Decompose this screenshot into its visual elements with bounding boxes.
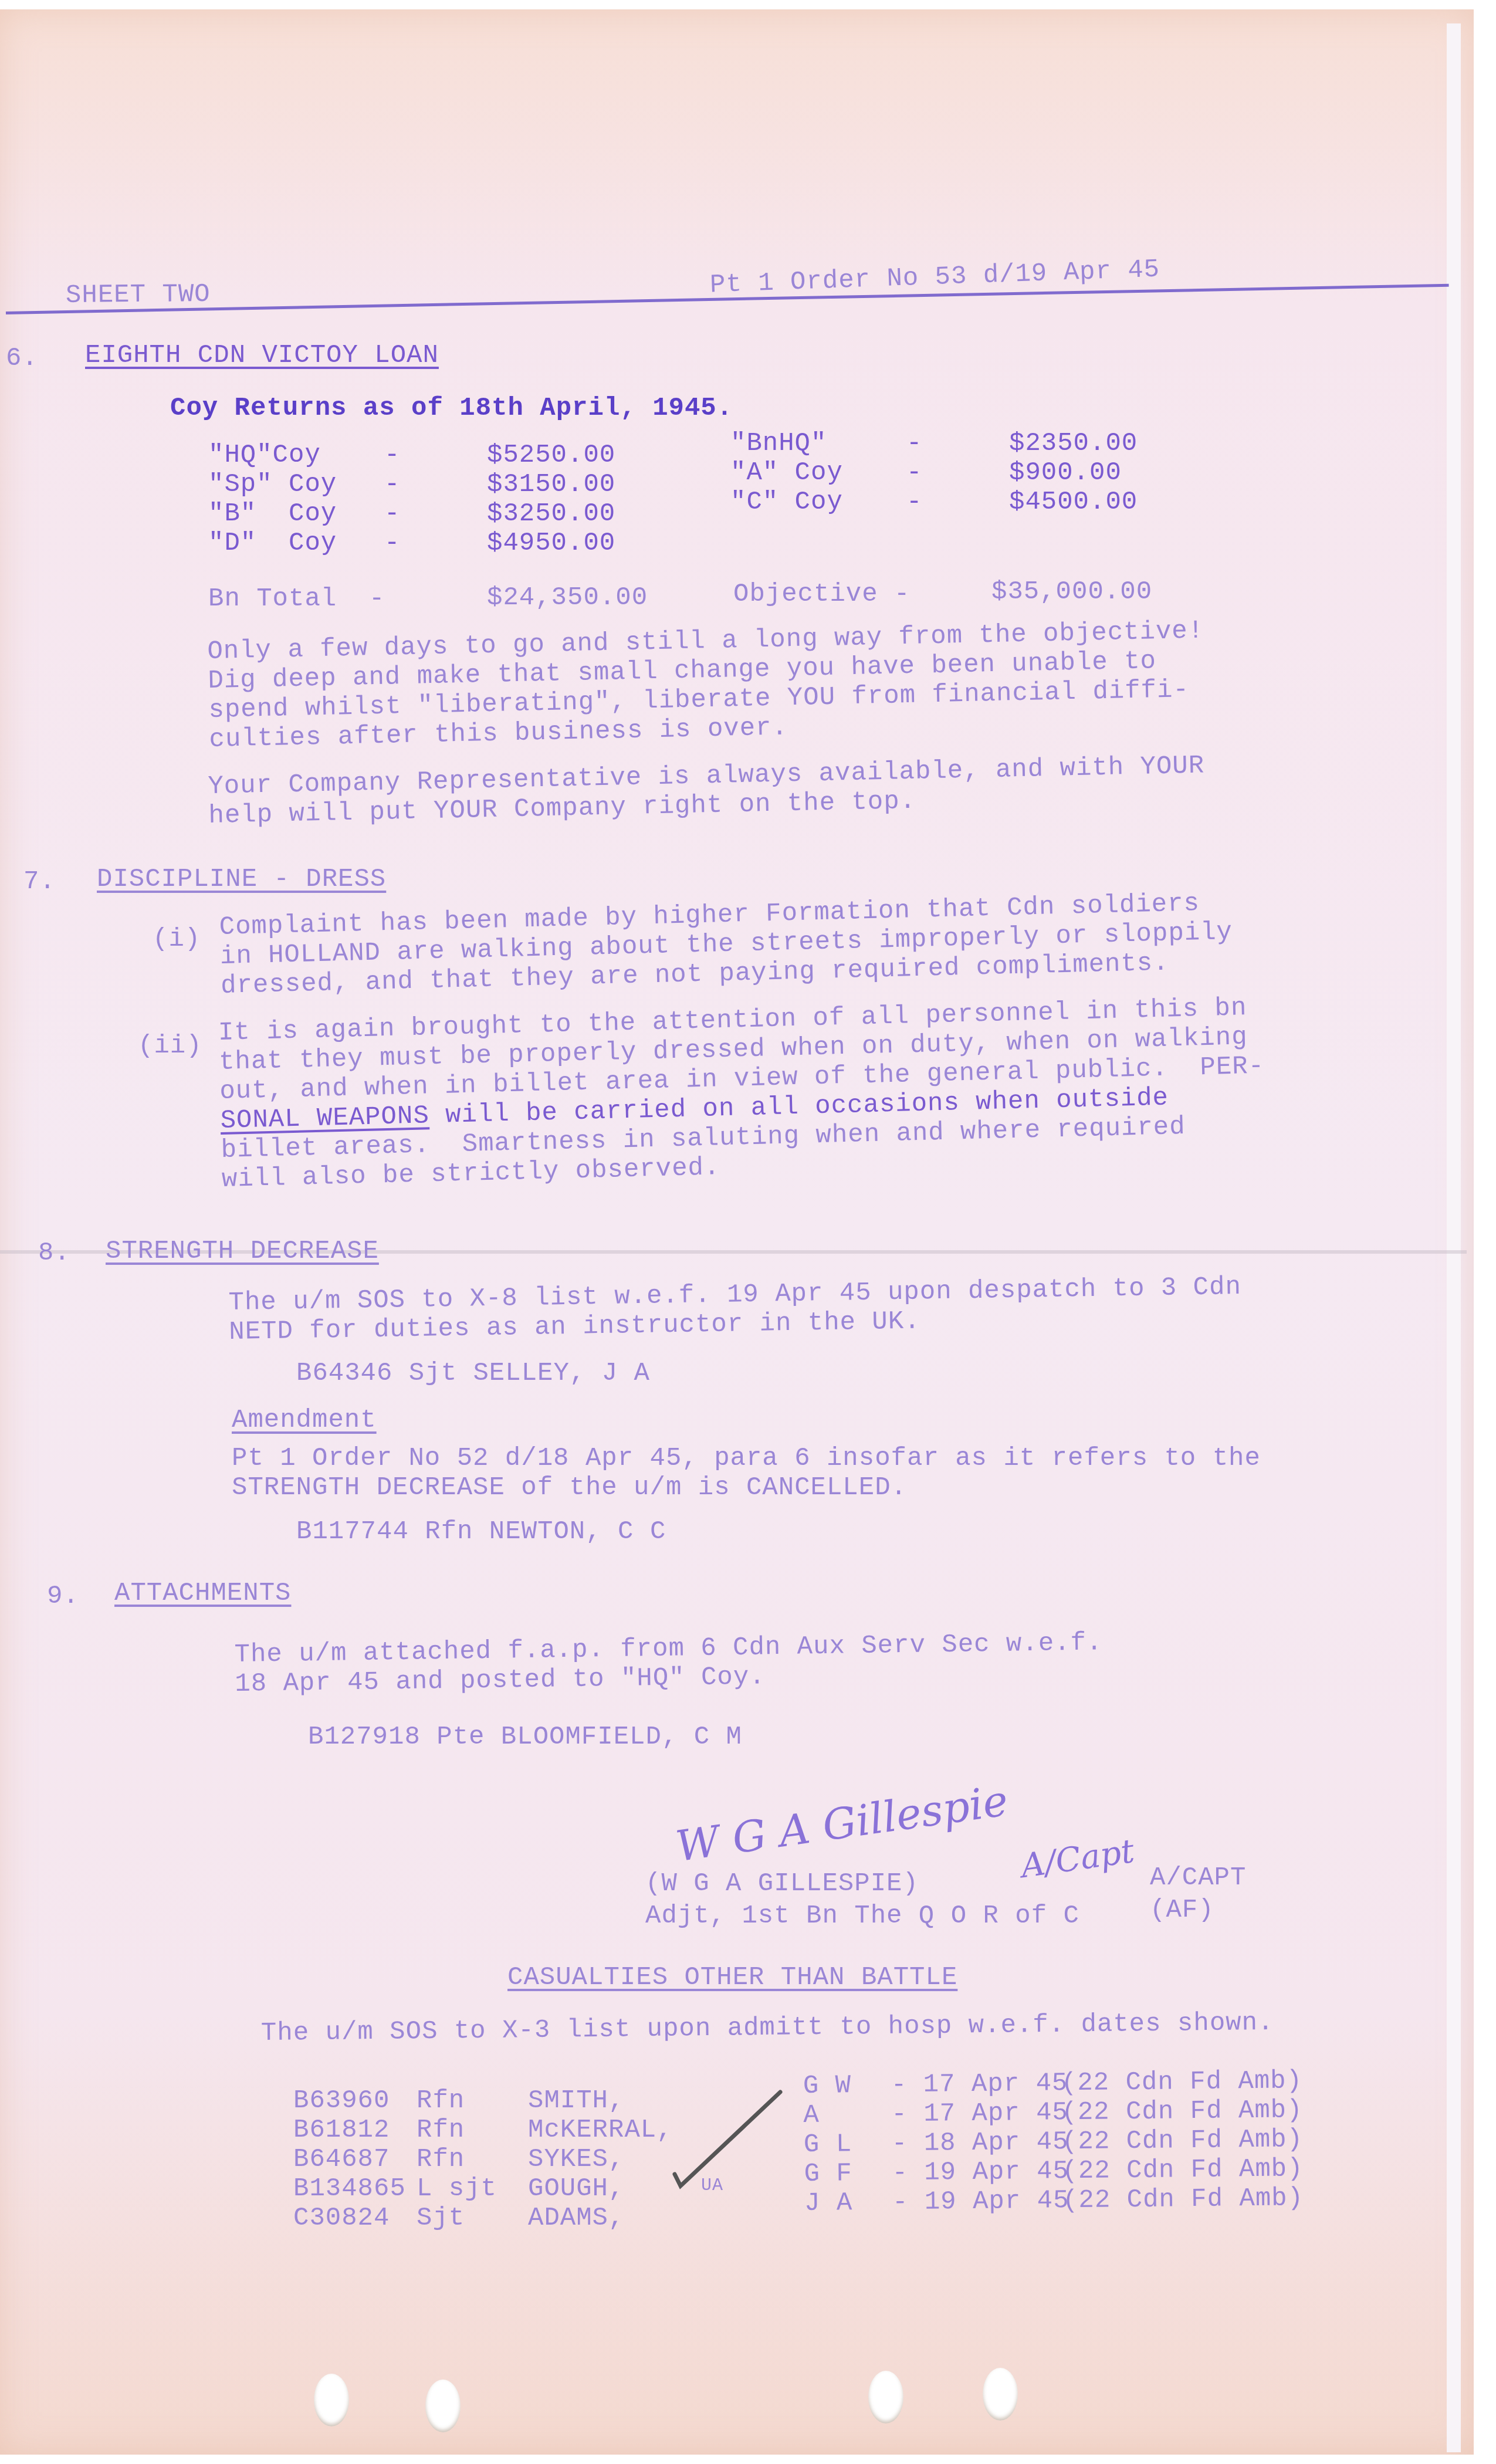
section-9-title: ATTACHMENTS [114,1579,291,1608]
coy-amount: $5250.00 [487,441,615,470]
document-page: SHEET TWO Pt 1 Order No 53 d/19 Apr 45 6… [0,9,1474,2455]
initials: J A [804,2188,853,2218]
scan-edge [1447,23,1461,2452]
service-number: B134865 [293,2174,406,2204]
casualty-detail-row: G W- 17 Apr 45(22 Cdn Fd Amb) [803,2072,804,2101]
admission-date: - 19 Apr 45 [892,2186,1069,2217]
coy-label: "D" Coy [208,529,337,558]
paragraph-line: STRENGTH DECREASE of the u/m is CANCELLE… [232,1473,1261,1502]
coy-label: "C" Coy [730,488,843,517]
surname: SMITH, [528,2086,624,2116]
admission-date: - 19 Apr 45 [892,2157,1069,2188]
casualties-intro: The u/m SOS to X-3 list upon admitt to h… [261,2008,1274,2048]
punch-hole [868,2371,903,2424]
bn-total-label: Bn Total - [208,584,385,614]
signatory-name: (W G A GILLESPIE) [645,1869,919,1898]
coy-amount: $4500.00 [1009,488,1138,517]
separator: - [384,499,400,529]
coy-label: "Sp" Coy [208,470,337,499]
coy-amount: $2350.00 [1009,429,1138,458]
loan-representative-paragraph: Your Company Representative is always av… [208,751,1206,831]
admission-date: - 17 Apr 45 [891,2098,1068,2129]
handwritten-signature: W G A Gillespie [673,1776,1011,1871]
item-ii-label: (ii) [138,1031,202,1061]
rank: Rfn [417,2116,465,2145]
objective-value: $35,000.00 [991,577,1152,607]
casualties-list-right: G W- 17 Apr 45(22 Cdn Fd Amb)A- 17 Apr 4… [803,2072,805,2218]
casualty-detail-row: J A- 19 Apr 45(22 Cdn Fd Amb) [804,2189,805,2218]
medical-unit: (22 Cdn Fd Amb) [1062,2184,1304,2215]
coy-label: "A" Coy [730,458,843,488]
checkmark-icon [657,2086,792,2192]
section-6-number: 6. [6,344,38,373]
service-number: B64687 [293,2145,390,2174]
item-i-label: (i) [153,925,201,954]
initials: G F [804,2159,852,2189]
section-8-title: STRENGTH DECREASE [106,1237,379,1266]
separator: - [906,458,922,488]
section-6-title: EIGHTH CDN VICTOY LOAN [85,341,439,370]
amendment-title: Amendment [232,1406,377,1435]
sheet-label: SHEET TWO [66,280,211,310]
surname: ADAMS, [528,2204,624,2233]
strength-decrease-person: B64346 Sjt SELLEY, J A [296,1359,650,1388]
rank: L sjt [417,2174,497,2204]
section-6-subtitle: Coy Returns as of 18th April, 1945. [170,394,733,423]
signatory-appointment: Adjt, 1st Bn The Q O R of C [645,1901,1079,1931]
bn-total-value: $24,350.00 [487,583,648,612]
admission-date: - 17 Apr 45 [891,2069,1068,2100]
section-7-title: DISCIPLINE - DRESS [97,865,386,894]
amendment-body: Pt 1 Order No 52 d/18 Apr 45, para 6 ins… [232,1444,1261,1502]
rank: Rfn [417,2145,465,2174]
margin-note: UA [701,2171,723,2201]
service-number: C30824 [293,2204,390,2233]
separator: - [906,488,922,517]
section-8-number: 8. [38,1238,70,1268]
casualty-detail-row: G L- 18 Apr 45(22 Cdn Fd Amb) [804,2130,804,2160]
service-number: B61812 [293,2116,390,2145]
punch-hole [425,2380,461,2432]
separator: - [906,429,922,458]
initials: G L [804,2130,852,2160]
coy-amount: $3250.00 [487,499,615,529]
amendment-person: B117744 Rfn NEWTON, C C [296,1517,666,1546]
surname: McKERRAL, [528,2116,673,2145]
attachments-body: The u/m attached f.a.p. from 6 Cdn Aux S… [234,1628,1103,1699]
attachments-person: B127918 Pte BLOOMFIELD, C M [308,1722,742,1752]
punch-hole [314,2374,349,2426]
medical-unit: (22 Cdn Fd Amb) [1062,2125,1304,2157]
medical-unit: (22 Cdn Fd Amb) [1061,2066,1303,2098]
signatory-suffix: (AF) [1150,1896,1214,1925]
casualty-detail-row: G F- 19 Apr 45(22 Cdn Fd Amb) [804,2160,804,2189]
section-7-number: 7. [23,867,56,896]
coy-label: "HQ"Coy [208,441,321,470]
initials: G W [803,2071,852,2101]
discipline-item-ii: It is again brought to the attention of … [218,993,1267,1194]
service-number: B63960 [293,2086,390,2116]
admission-date: - 18 Apr 45 [892,2127,1069,2158]
coy-amount: $3150.00 [487,470,615,499]
medical-unit: (22 Cdn Fd Amb) [1061,2096,1303,2127]
casualties-title: CASUALTIES OTHER THAN BATTLE [507,1963,957,1992]
surname: SYKES, [528,2145,624,2174]
handwritten-rank: A/Capt [1018,1832,1136,1886]
medical-unit: (22 Cdn Fd Amb) [1062,2154,1304,2186]
coy-label: "B" Coy [208,499,337,529]
surname: GOUGH, [528,2174,624,2204]
personal-weapons-emphasis: SONAL WEAPONS [220,1101,429,1136]
section-9-number: 9. [47,1582,79,1611]
strength-decrease-body: The u/m SOS to X-8 list w.e.f. 19 Apr 45… [228,1272,1242,1347]
punch-hole [983,2368,1018,2421]
separator: - [384,470,400,499]
coy-label: "BnHQ" [730,429,827,458]
casualty-detail-row: A- 17 Apr 45(22 Cdn Fd Amb) [803,2101,804,2130]
loan-appeal-paragraph: Only a few days to go and still a long w… [207,616,1206,754]
coy-amount: $900.00 [1009,458,1122,488]
separator: - [384,441,400,470]
discipline-item-i: Complaint has been made by higher Format… [219,888,1234,1001]
coy-amount: $4950.00 [487,529,615,558]
initials: A [803,2101,820,2130]
separator: - [384,529,400,558]
rank: Rfn [417,2086,465,2116]
paragraph-line: Pt 1 Order No 52 d/18 Apr 45, para 6 ins… [232,1444,1261,1473]
signatory-rank: A/CAPT [1150,1863,1246,1893]
rank: Sjt [417,2204,465,2233]
objective-label: Objective - [733,580,910,609]
